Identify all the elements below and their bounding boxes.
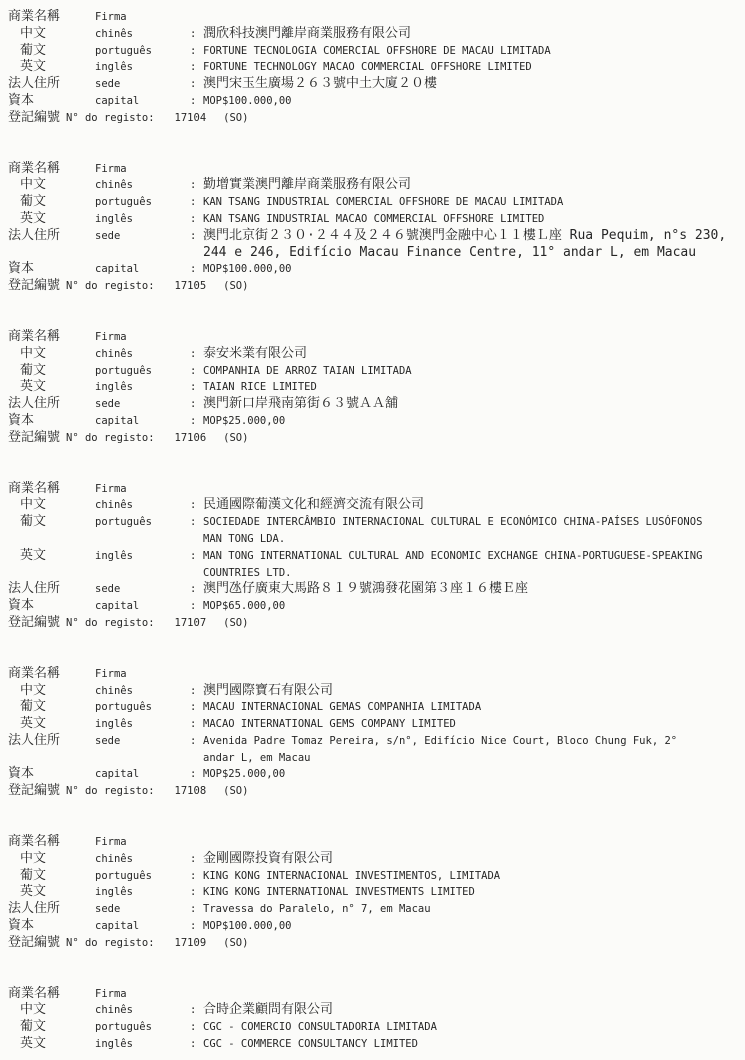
firm-label-zh: 商業名稱 xyxy=(8,329,95,346)
firm-label-zh: 商業名稱 xyxy=(8,481,95,498)
colon: : xyxy=(190,43,203,60)
colon: : xyxy=(190,413,203,430)
portuguese-label-zh: 葡文 xyxy=(8,1019,95,1036)
seat-value: 澳門氹仔廣東大馬路８１９號鴻發花園第３座１６樓Ｅ座 xyxy=(203,581,739,598)
seat-row: 法人住所 sede : 澳門北京街２３０·２４４及２４６號澳門金融中心１１樓Ｌ座… xyxy=(8,228,739,262)
capital-value: MOP$65.000,00 xyxy=(203,598,739,615)
registry-label-pt: N° do registo: xyxy=(66,278,155,295)
registry-entry: 商業名稱 Firma 中文 chinês : 勤增實業澳門離岸商業服務有限公司 … xyxy=(8,161,739,295)
chinese-name-value: 勤增實業澳門離岸商業服務有限公司 xyxy=(203,177,739,194)
chinese-name-row: 中文 chinês : 泰安米業有限公司 xyxy=(8,346,739,363)
seat-label-zh: 法人住所 xyxy=(8,901,95,918)
english-name-row: 英文 inglês : FORTUNE TECHNOLOGY MACAO COM… xyxy=(8,59,739,76)
capital-label-zh: 資本 xyxy=(8,918,95,935)
seat-value: 澳門宋玉生廣場２６３號中土大廈２０樓 xyxy=(203,76,739,93)
seat-row: 法人住所 sede : Avenida Padre Tomaz Pereira,… xyxy=(8,733,739,767)
capital-row: 資本 capital : MOP$100.000,00 xyxy=(8,918,739,935)
colon: : xyxy=(190,1019,203,1036)
portuguese-label-zh: 葡文 xyxy=(8,194,95,211)
portuguese-label-zh: 葡文 xyxy=(8,514,95,548)
firm-row: 商業名稱 Firma xyxy=(8,481,739,498)
seat-value: Travessa do Paralelo, n° 7, em Macau xyxy=(203,901,739,918)
firm-label-zh: 商業名稱 xyxy=(8,161,95,178)
colon: : xyxy=(190,26,203,43)
chinese-label-zh: 中文 xyxy=(8,683,95,700)
capital-label-zh: 資本 xyxy=(8,766,95,783)
colon: : xyxy=(190,581,203,598)
registry-label-zh: 登記編號 xyxy=(8,935,60,952)
chinese-name-row: 中文 chinês : 合時企業顧問有限公司 xyxy=(8,1002,739,1019)
colon: : xyxy=(190,76,203,93)
registry-number: 17108 xyxy=(175,783,207,800)
english-label-zh: 英文 xyxy=(8,1036,95,1053)
chinese-label-zh: 中文 xyxy=(8,346,95,363)
chinese-label-pt: chinês xyxy=(95,851,190,868)
portuguese-label-pt: português xyxy=(95,1019,190,1036)
capital-label-zh: 資本 xyxy=(8,413,95,430)
portuguese-name-value: SOCIEDADE INTERCÂMBIO INTERNACIONAL CULT… xyxy=(203,514,739,548)
seat-label-zh: 法人住所 xyxy=(8,228,95,262)
registry-label-zh: 登記編號 xyxy=(8,615,60,632)
seat-label-pt: sede xyxy=(95,733,190,767)
chinese-label-zh: 中文 xyxy=(8,497,95,514)
firm-label-zh: 商業名稱 xyxy=(8,666,95,683)
registry-code: (SO) xyxy=(223,278,248,295)
chinese-label-pt: chinês xyxy=(95,497,190,514)
seat-label-zh: 法人住所 xyxy=(8,733,95,767)
seat-label-pt: sede xyxy=(95,76,190,93)
firm-label-pt: Firma xyxy=(95,666,190,683)
registry-number-row: 登記編號 N° do registo: 17108 (SO) xyxy=(8,783,739,800)
english-name-value: MAN TONG INTERNATIONAL CULTURAL AND ECON… xyxy=(203,548,739,582)
seat-label-zh: 法人住所 xyxy=(8,76,95,93)
chinese-name-value: 澳門國際寶石有限公司 xyxy=(203,683,739,700)
english-label-zh: 英文 xyxy=(8,211,95,228)
colon: : xyxy=(190,699,203,716)
registry-number-row: 登記編號 N° do registo: 17104 (SO) xyxy=(8,110,739,127)
english-name-row: 英文 inglês : MAN TONG INTERNATIONAL CULTU… xyxy=(8,548,739,582)
chinese-label-zh: 中文 xyxy=(8,851,95,868)
capital-label-zh: 資本 xyxy=(8,261,95,278)
seat-label-pt: sede xyxy=(95,581,190,598)
portuguese-label-pt: português xyxy=(95,363,190,380)
registry-label-zh: 登記編號 xyxy=(8,278,60,295)
registry-number: 17105 xyxy=(175,278,207,295)
chinese-name-value: 泰安米業有限公司 xyxy=(203,346,739,363)
english-name-row: 英文 inglês : CGC - COMMERCE CONSULTANCY L… xyxy=(8,1036,739,1053)
colon: : xyxy=(190,868,203,885)
chinese-name-value: 金剛國際投資有限公司 xyxy=(203,851,739,868)
capital-label-pt: capital xyxy=(95,766,190,783)
chinese-label-zh: 中文 xyxy=(8,177,95,194)
english-name-value: CGC - COMMERCE CONSULTANCY LIMITED xyxy=(203,1036,739,1053)
firm-row: 商業名稱 Firma xyxy=(8,329,739,346)
colon: : xyxy=(190,59,203,76)
firm-label-pt: Firma xyxy=(95,834,190,851)
colon: : xyxy=(190,346,203,363)
english-label-pt: inglês xyxy=(95,716,190,733)
colon: : xyxy=(190,733,203,767)
colon: : xyxy=(190,598,203,615)
chinese-label-zh: 中文 xyxy=(8,26,95,43)
portuguese-label-zh: 葡文 xyxy=(8,43,95,60)
registry-label-pt: N° do registo: xyxy=(66,430,155,447)
colon: : xyxy=(190,177,203,194)
english-label-zh: 英文 xyxy=(8,884,95,901)
seat-row: 法人住所 sede : Travessa do Paralelo, n° 7, … xyxy=(8,901,739,918)
registry-number-row: 登記編號 N° do registo: 17107 (SO) xyxy=(8,615,739,632)
english-label-pt: inglês xyxy=(95,211,190,228)
registry-label-pt: N° do registo: xyxy=(66,935,155,952)
portuguese-label-zh: 葡文 xyxy=(8,363,95,380)
seat-row: 法人住所 sede : 澳門宋玉生廣場２６３號中土大廈２０樓 xyxy=(8,76,739,93)
english-name-row: 英文 inglês : MACAO INTERNATIONAL GEMS COM… xyxy=(8,716,739,733)
capital-row: 資本 capital : MOP$65.000,00 xyxy=(8,598,739,615)
gazette-page: 商業名稱 Firma 中文 chinês : 潤欣科技澳門離岸商業服務有限公司 … xyxy=(0,0,745,1053)
registry-entry: 商業名稱 Firma 中文 chinês : 澳門國際寶石有限公司 葡文 por… xyxy=(8,666,739,800)
seat-value: 澳門新口岸飛南第街６３號ＡＡ舖 xyxy=(203,396,739,413)
colon: : xyxy=(190,683,203,700)
portuguese-label-zh: 葡文 xyxy=(8,699,95,716)
english-name-value: TAIAN RICE LIMITED xyxy=(203,379,739,396)
seat-value: 澳門北京街２３０·２４４及２４６號澳門金融中心１１樓Ｌ座 Rua Pequim,… xyxy=(203,228,739,262)
registry-label-pt: N° do registo: xyxy=(66,783,155,800)
english-name-row: 英文 inglês : KAN TSANG INDUSTRIAL MACAO C… xyxy=(8,211,739,228)
seat-row: 法人住所 sede : 澳門氹仔廣東大馬路８１９號鴻發花園第３座１６樓Ｅ座 xyxy=(8,581,739,598)
seat-label-pt: sede xyxy=(95,228,190,262)
registry-number-row: 登記編號 N° do registo: 17106 (SO) xyxy=(8,430,739,447)
chinese-name-value: 民通國際葡漢文化和經濟交流有限公司 xyxy=(203,497,739,514)
chinese-name-row: 中文 chinês : 金剛國際投資有限公司 xyxy=(8,851,739,868)
colon: : xyxy=(190,548,203,582)
portuguese-name-row: 葡文 português : KAN TSANG INDUSTRIAL COME… xyxy=(8,194,739,211)
english-label-zh: 英文 xyxy=(8,716,95,733)
firm-row: 商業名稱 Firma xyxy=(8,986,739,1003)
colon: : xyxy=(190,228,203,262)
registry-number-row: 登記編號 N° do registo: 17105 (SO) xyxy=(8,278,739,295)
colon: : xyxy=(190,1002,203,1019)
registry-label-pt: N° do registo: xyxy=(66,615,155,632)
firm-row: 商業名稱 Firma xyxy=(8,666,739,683)
registry-code: (SO) xyxy=(223,615,248,632)
capital-label-zh: 資本 xyxy=(8,598,95,615)
capital-value: MOP$100.000,00 xyxy=(203,261,739,278)
firm-label-pt: Firma xyxy=(95,9,190,26)
chinese-name-value: 合時企業顧問有限公司 xyxy=(203,1002,739,1019)
firm-label-pt: Firma xyxy=(95,481,190,498)
colon: : xyxy=(190,918,203,935)
capital-row: 資本 capital : MOP$100.000,00 xyxy=(8,261,739,278)
capital-label-zh: 資本 xyxy=(8,93,95,110)
portuguese-label-pt: português xyxy=(95,43,190,60)
chinese-name-value: 潤欣科技澳門離岸商業服務有限公司 xyxy=(203,26,739,43)
portuguese-name-row: 葡文 português : CGC - COMERCIO CONSULTADO… xyxy=(8,1019,739,1036)
capital-row: 資本 capital : MOP$100.000,00 xyxy=(8,93,739,110)
firm-row: 商業名稱 Firma xyxy=(8,834,739,851)
english-label-pt: inglês xyxy=(95,548,190,582)
firm-row: 商業名稱 Firma xyxy=(8,9,739,26)
chinese-name-row: 中文 chinês : 民通國際葡漢文化和經濟交流有限公司 xyxy=(8,497,739,514)
english-name-value: FORTUNE TECHNOLOGY MACAO COMMERCIAL OFFS… xyxy=(203,59,739,76)
english-name-row: 英文 inglês : KING KONG INTERNATIONAL INVE… xyxy=(8,884,739,901)
portuguese-name-row: 葡文 português : KING KONG INTERNACIONAL I… xyxy=(8,868,739,885)
registry-code: (SO) xyxy=(223,110,248,127)
capital-label-pt: capital xyxy=(95,413,190,430)
portuguese-name-value: COMPANHIA DE ARROZ TAIAN LIMITADA xyxy=(203,363,739,380)
capital-label-pt: capital xyxy=(95,261,190,278)
registry-label-zh: 登記編號 xyxy=(8,110,60,127)
registry-code: (SO) xyxy=(223,935,248,952)
registry-entry: 商業名稱 Firma 中文 chinês : 金剛國際投資有限公司 葡文 por… xyxy=(8,834,739,952)
chinese-label-pt: chinês xyxy=(95,346,190,363)
registry-number: 17104 xyxy=(175,110,207,127)
colon: : xyxy=(190,211,203,228)
capital-value: MOP$25.000,00 xyxy=(203,413,739,430)
registry-number: 17106 xyxy=(175,430,207,447)
colon: : xyxy=(190,851,203,868)
registry-entry: 商業名稱 Firma 中文 chinês : 民通國際葡漢文化和經濟交流有限公司… xyxy=(8,481,739,632)
colon: : xyxy=(190,884,203,901)
registry-entry: 商業名稱 Firma 中文 chinês : 潤欣科技澳門離岸商業服務有限公司 … xyxy=(8,9,739,127)
portuguese-label-zh: 葡文 xyxy=(8,868,95,885)
capital-label-pt: capital xyxy=(95,598,190,615)
seat-row: 法人住所 sede : 澳門新口岸飛南第街６３號ＡＡ舖 xyxy=(8,396,739,413)
portuguese-name-value: FORTUNE TECNOLOGIA COMERCIAL OFFSHORE DE… xyxy=(203,43,739,60)
chinese-name-row: 中文 chinês : 勤增實業澳門離岸商業服務有限公司 xyxy=(8,177,739,194)
english-name-row: 英文 inglês : TAIAN RICE LIMITED xyxy=(8,379,739,396)
english-label-pt: inglês xyxy=(95,1036,190,1053)
registry-number: 17109 xyxy=(175,935,207,952)
firm-row: 商業名稱 Firma xyxy=(8,161,739,178)
colon: : xyxy=(190,1036,203,1053)
portuguese-name-value: CGC - COMERCIO CONSULTADORIA LIMITADA xyxy=(203,1019,739,1036)
colon: : xyxy=(190,93,203,110)
seat-value: Avenida Padre Tomaz Pereira, s/n°, Edifí… xyxy=(203,733,739,767)
english-name-value: MACAO INTERNATIONAL GEMS COMPANY LIMITED xyxy=(203,716,739,733)
english-label-zh: 英文 xyxy=(8,59,95,76)
portuguese-label-pt: português xyxy=(95,868,190,885)
chinese-label-pt: chinês xyxy=(95,177,190,194)
chinese-label-pt: chinês xyxy=(95,683,190,700)
registry-entry: 商業名稱 Firma 中文 chinês : 合時企業顧問有限公司 葡文 por… xyxy=(8,986,739,1053)
seat-label-pt: sede xyxy=(95,396,190,413)
colon: : xyxy=(190,514,203,548)
portuguese-name-row: 葡文 português : COMPANHIA DE ARROZ TAIAN … xyxy=(8,363,739,380)
portuguese-name-value: KAN TSANG INDUSTRIAL COMERCIAL OFFSHORE … xyxy=(203,194,739,211)
english-label-pt: inglês xyxy=(95,379,190,396)
registry-label-pt: N° do registo: xyxy=(66,110,155,127)
colon: : xyxy=(190,261,203,278)
colon: : xyxy=(190,379,203,396)
capital-value: MOP$100.000,00 xyxy=(203,93,739,110)
portuguese-label-pt: português xyxy=(95,699,190,716)
portuguese-name-row: 葡文 português : FORTUNE TECNOLOGIA COMERC… xyxy=(8,43,739,60)
english-name-value: KING KONG INTERNATIONAL INVESTMENTS LIMI… xyxy=(203,884,739,901)
firm-label-pt: Firma xyxy=(95,329,190,346)
portuguese-name-row: 葡文 português : SOCIEDADE INTERCÂMBIO INT… xyxy=(8,514,739,548)
portuguese-name-row: 葡文 português : MACAU INTERNACIONAL GEMAS… xyxy=(8,699,739,716)
capital-value: MOP$100.000,00 xyxy=(203,918,739,935)
capital-label-pt: capital xyxy=(95,93,190,110)
registry-code: (SO) xyxy=(223,430,248,447)
chinese-label-pt: chinês xyxy=(95,26,190,43)
chinese-name-row: 中文 chinês : 澳門國際寶石有限公司 xyxy=(8,683,739,700)
chinese-label-pt: chinês xyxy=(95,1002,190,1019)
colon: : xyxy=(190,901,203,918)
portuguese-label-pt: português xyxy=(95,194,190,211)
colon: : xyxy=(190,396,203,413)
firm-label-pt: Firma xyxy=(95,986,190,1003)
colon: : xyxy=(190,194,203,211)
english-label-zh: 英文 xyxy=(8,379,95,396)
colon: : xyxy=(190,363,203,380)
firm-label-pt: Firma xyxy=(95,161,190,178)
chinese-label-zh: 中文 xyxy=(8,1002,95,1019)
capital-row: 資本 capital : MOP$25.000,00 xyxy=(8,766,739,783)
capital-label-pt: capital xyxy=(95,918,190,935)
seat-label-pt: sede xyxy=(95,901,190,918)
english-label-pt: inglês xyxy=(95,59,190,76)
english-label-zh: 英文 xyxy=(8,548,95,582)
registry-label-zh: 登記編號 xyxy=(8,783,60,800)
seat-label-zh: 法人住所 xyxy=(8,581,95,598)
english-name-value: KAN TSANG INDUSTRIAL MACAO COMMERCIAL OF… xyxy=(203,211,739,228)
colon: : xyxy=(190,716,203,733)
colon: : xyxy=(190,766,203,783)
firm-label-zh: 商業名稱 xyxy=(8,9,95,26)
registry-code: (SO) xyxy=(223,783,248,800)
capital-row: 資本 capital : MOP$25.000,00 xyxy=(8,413,739,430)
registry-entry: 商業名稱 Firma 中文 chinês : 泰安米業有限公司 葡文 portu… xyxy=(8,329,739,447)
portuguese-label-pt: português xyxy=(95,514,190,548)
registry-label-zh: 登記編號 xyxy=(8,430,60,447)
registry-number: 17107 xyxy=(175,615,207,632)
portuguese-name-value: MACAU INTERNACIONAL GEMAS COMPANHIA LIMI… xyxy=(203,699,739,716)
seat-label-zh: 法人住所 xyxy=(8,396,95,413)
capital-value: MOP$25.000,00 xyxy=(203,766,739,783)
firm-label-zh: 商業名稱 xyxy=(8,986,95,1003)
chinese-name-row: 中文 chinês : 潤欣科技澳門離岸商業服務有限公司 xyxy=(8,26,739,43)
portuguese-name-value: KING KONG INTERNACIONAL INVESTIMENTOS, L… xyxy=(203,868,739,885)
firm-label-zh: 商業名稱 xyxy=(8,834,95,851)
colon: : xyxy=(190,497,203,514)
english-label-pt: inglês xyxy=(95,884,190,901)
registry-number-row: 登記編號 N° do registo: 17109 (SO) xyxy=(8,935,739,952)
